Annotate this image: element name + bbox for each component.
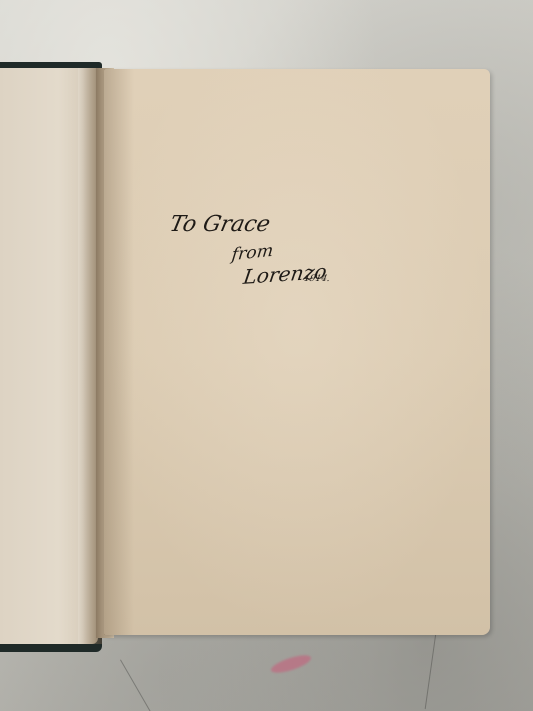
page-shadow <box>104 69 134 635</box>
inscription-line-year: 1914. <box>303 274 331 284</box>
endpaper-page <box>104 69 490 635</box>
inscription-line-to: To Grace <box>167 212 272 237</box>
